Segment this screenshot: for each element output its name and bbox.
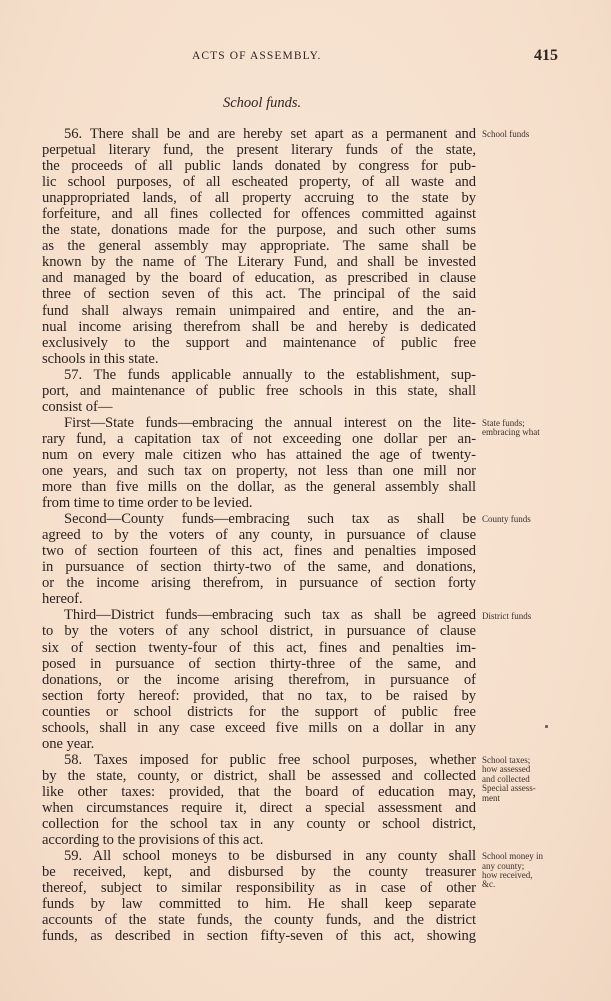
text-line: funds by law committed to him. He shall … [42,896,476,912]
text-line: section forty hereof: provided, that no … [42,688,476,704]
text-line: num on every male citizen who has attain… [42,447,476,463]
text-line: First—State funds—embracing the annual i… [42,415,476,431]
text-line: three of section seven of this act. The … [42,286,476,302]
text-line: one year. [42,736,476,752]
margin-note: School money inany county;how received,&… [482,852,543,890]
text-line: in pursuance of section thirty-two of th… [42,559,476,575]
text-line: hereof. [42,591,476,607]
text-line: unappropriated lands, of all property ac… [42,190,476,206]
text-line: exclusively to the support and maintenan… [42,335,476,351]
running-head: ACTS OF ASSEMBLY. 415 [0,48,611,68]
text-line: Third—District funds—embracing such tax … [42,607,476,623]
text-line: schools in this state. [42,351,476,367]
text-line: according to the provisions of this act. [42,832,476,848]
text-line: counties or school districts for the sup… [42,704,476,720]
text-line: as the general assembly may appropriate.… [42,238,476,254]
margin-note: State funds;embracing what [482,419,540,438]
text-line: from time to time order to be levied. [42,495,476,511]
text-line: rary fund, a capitation tax of not excee… [42,431,476,447]
text-line: when circumstances require it, direct a … [42,800,476,816]
margin-note: County funds [482,515,531,524]
text-line: lic school purposes, of all escheated pr… [42,174,476,190]
text-line: the state, donations made for the purpos… [42,222,476,238]
running-title: ACTS OF ASSEMBLY. [192,50,322,62]
text-line: known by the name of The Literary Fund, … [42,254,476,270]
text-line: or the income arising therefrom, in purs… [42,575,476,591]
text-line: funds, as described in section fifty-sev… [42,928,476,944]
margin-note-line: District funds [482,612,531,621]
margin-note: District funds [482,612,531,621]
page-number: 415 [534,47,558,65]
text-line: 56. There shall be and are hereby set ap… [42,126,476,142]
text-line: agreed to by the voters of any county, i… [42,527,476,543]
text-line: consist of— [42,399,476,415]
text-line: 58. Taxes imposed for public free school… [42,752,476,768]
section-heading: School funds. [223,95,301,112]
text-line: be received, kept, and disbursed by the … [42,864,476,880]
text-line: schools, shall in any case exceed five m… [42,720,476,736]
margin-note-line: ment [482,794,536,803]
text-line: accounts of the state funds, the county … [42,912,476,928]
margin-note-line: &c. [482,880,543,889]
print-speck [545,725,548,728]
body-text: 56. There shall be and are hereby set ap… [42,126,476,944]
text-line: posed in pursuance of section thirty-thr… [42,656,476,672]
text-line: fund shall always remain unimpaired and … [42,303,476,319]
text-line: six of section twenty-four of this act, … [42,640,476,656]
text-line: by the state, county, or district, shall… [42,768,476,784]
text-line: one years, and such tax on property, not… [42,463,476,479]
text-line: more than five mills on the dollar, as t… [42,479,476,495]
text-line: the proceeds of all public lands donated… [42,158,476,174]
text-line: like other taxes: provided, that the boa… [42,784,476,800]
text-line: perpetual literary fund, the present lit… [42,142,476,158]
text-line: and managed by the board of education, a… [42,270,476,286]
text-line: nual income arising therefrom shall be a… [42,319,476,335]
margin-note: School taxes;how assessedand collectedSp… [482,756,536,803]
text-line: port, and maintenance of public free sch… [42,383,476,399]
text-line: two of section fourteen of this act, fin… [42,543,476,559]
margin-note-line: embracing what [482,428,540,437]
text-line: forfeiture, and all fines collected for … [42,206,476,222]
text-line: donations, or the income arising therefr… [42,672,476,688]
margin-note-line: County funds [482,515,531,524]
text-line: thereof, subject to similar responsibili… [42,880,476,896]
margin-note: School funds [482,130,529,139]
text-line: collection for the school tax in any cou… [42,816,476,832]
text-line: 57. The funds applicable annually to the… [42,367,476,383]
margin-note-line: School funds [482,130,529,139]
text-line: 59. All school moneys to be disbursed in… [42,848,476,864]
text-line: Second—County funds—embracing such tax a… [42,511,476,527]
text-line: to by the voters of any school district,… [42,623,476,639]
